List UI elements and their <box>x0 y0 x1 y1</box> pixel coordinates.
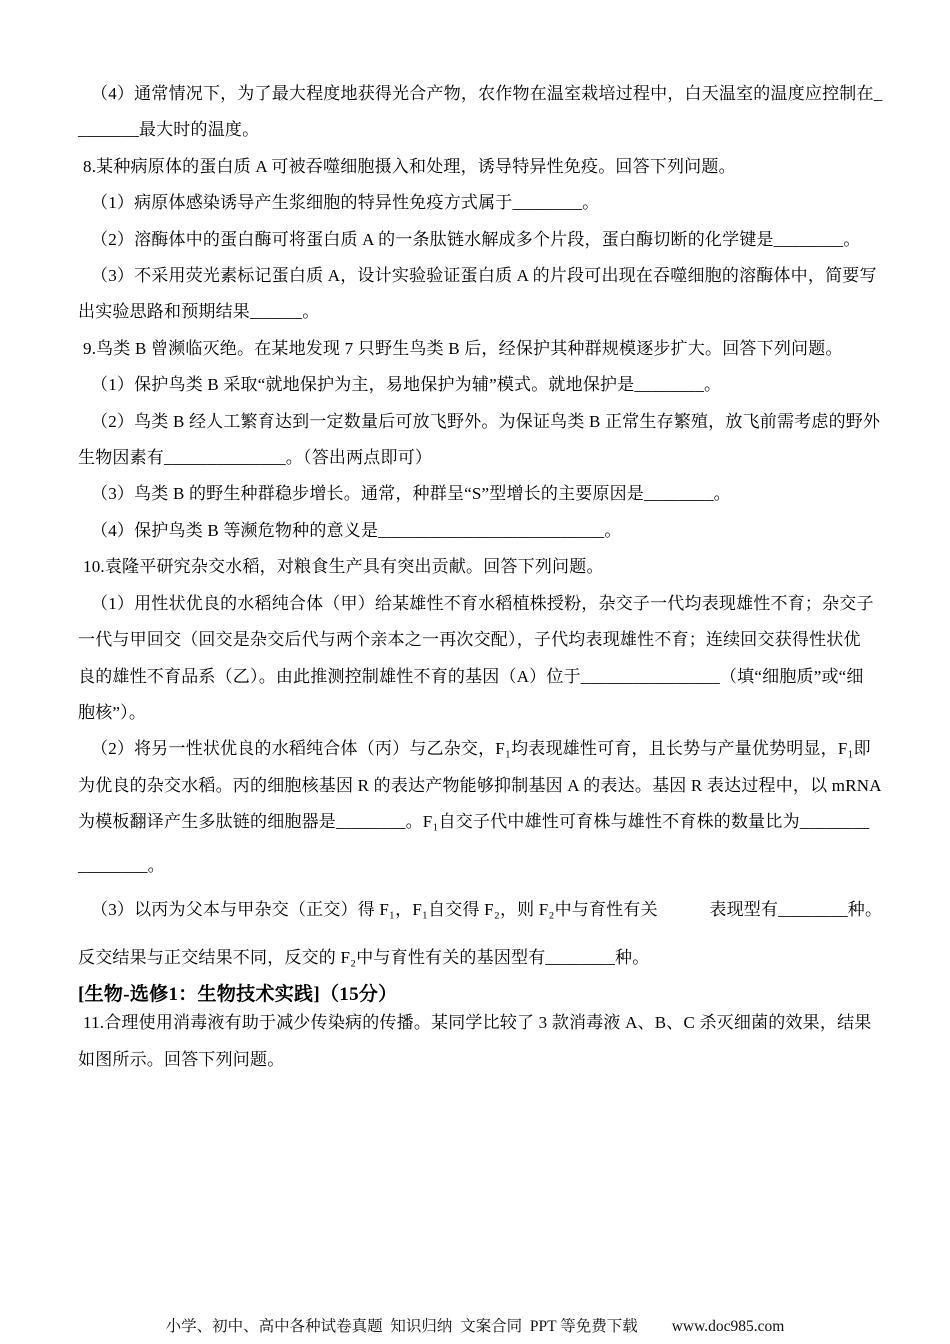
doc-line: 胞核”）。 <box>78 695 878 731</box>
doc-line: （4）保护鸟类 B 等濒危物种的意义是_____________________… <box>78 513 878 549</box>
doc-line: （2）溶酶体中的蛋白酶可将蛋白质 A 的一条肽链水解成多个片段，蛋白酶切断的化学… <box>78 222 878 258</box>
doc-line: （2）将另一性状优良的水稻纯合体（丙）与乙杂交，F₁均表现雄性可育，且长势与产量… <box>78 731 878 767</box>
doc-line: （3）以丙为父本与甲杂交（正交）得 F₁，F₁自交得 F₂，则 F₂中与育性有关… <box>78 892 878 928</box>
doc-line: 反交结果与正交结果不同，反交的 F₂中与育性有关的基因型有________种。 <box>78 940 878 976</box>
document-body: （4）通常情况下，为了最大程度地获得光合产物，农作物在温室栽培过程中，白天温室的… <box>78 76 878 1078</box>
doc-line: （3）不采用荧光素标记蛋白质 A，设计实验验证蛋白质 A 的片段可出现在吞噬细胞… <box>78 258 878 294</box>
doc-line: ________。 <box>78 848 878 884</box>
question-9: 9.鸟类 B 曾濒临灭绝。在某地发现 7 只野生鸟类 B 后，经保护其种群规模逐… <box>78 331 878 367</box>
doc-line: 为模板翻译产生多肽链的细胞器是________。F₁自交子代中雄性可育株与雄性不… <box>78 804 878 840</box>
page-footer: 小学、初中、高中各种试卷真题 知识归纳 文案合同 PPT 等免费下载 www.d… <box>0 1314 950 1336</box>
doc-line: （2）鸟类 B 经人工繁育达到一定数量后可放飞野外。为保证鸟类 B 正常生存繁殖… <box>78 404 878 440</box>
doc-line: （3）鸟类 B 的野生种群稳步增长。通常，种群呈“S”型增长的主要原因是____… <box>78 476 878 512</box>
doc-line: 出实验思路和预期结果______。 <box>78 294 878 330</box>
doc-line: 为优良的杂交水稻。丙的细胞核基因 R 的表达产物能够抑制基因 A 的表达。基因 … <box>78 768 878 804</box>
document-page: （4）通常情况下，为了最大程度地获得光合产物，农作物在温室栽培过程中，白天温室的… <box>0 0 950 1344</box>
doc-line: 良的雄性不育品系（乙）。由此推测控制雄性不育的基因（A）位于__________… <box>78 659 878 695</box>
footer-url: www.doc985.com <box>672 1318 785 1336</box>
question-10: 10.袁隆平研究杂交水稻，对粮食生产具有突出贡献。回答下列问题。 <box>78 549 878 585</box>
doc-line: （1）病原体感染诱导产生浆细胞的特异性免疫方式属于________。 <box>78 185 878 221</box>
doc-line: （1）用性状优良的水稻纯合体（甲）给某雄性不育水稻植株授粉，杂交子一代均表现雄性… <box>78 586 878 622</box>
doc-line: 生物因素有______________。（答出两点即可） <box>78 440 878 476</box>
footer-text: 小学、初中、高中各种试卷真题 知识归纳 文案合同 PPT 等免费下载 <box>166 1314 638 1336</box>
doc-line: 如图所示。回答下列问题。 <box>78 1042 878 1078</box>
question-11: 11.合理使用消毒液有助于减少传染病的传播。某同学比较了 3 款消毒液 A、B、… <box>78 1005 878 1041</box>
doc-line: （4）通常情况下，为了最大程度地获得光合产物，农作物在温室栽培过程中，白天温室的… <box>78 76 878 112</box>
doc-line: （1）保护鸟类 B 采取“就地保护为主，易地保护为辅”模式。就地保护是_____… <box>78 367 878 403</box>
question-8: 8.某种病原体的蛋白质 A 可被吞噬细胞摄入和处理，诱导特异性免疫。回答下列问题… <box>78 149 878 185</box>
doc-line: 一代与甲回交（回交是杂交后代与两个亲本之一再次交配），子代均表现雄性不育；连续回… <box>78 622 878 658</box>
doc-line: _______最大时的温度。 <box>78 112 878 148</box>
